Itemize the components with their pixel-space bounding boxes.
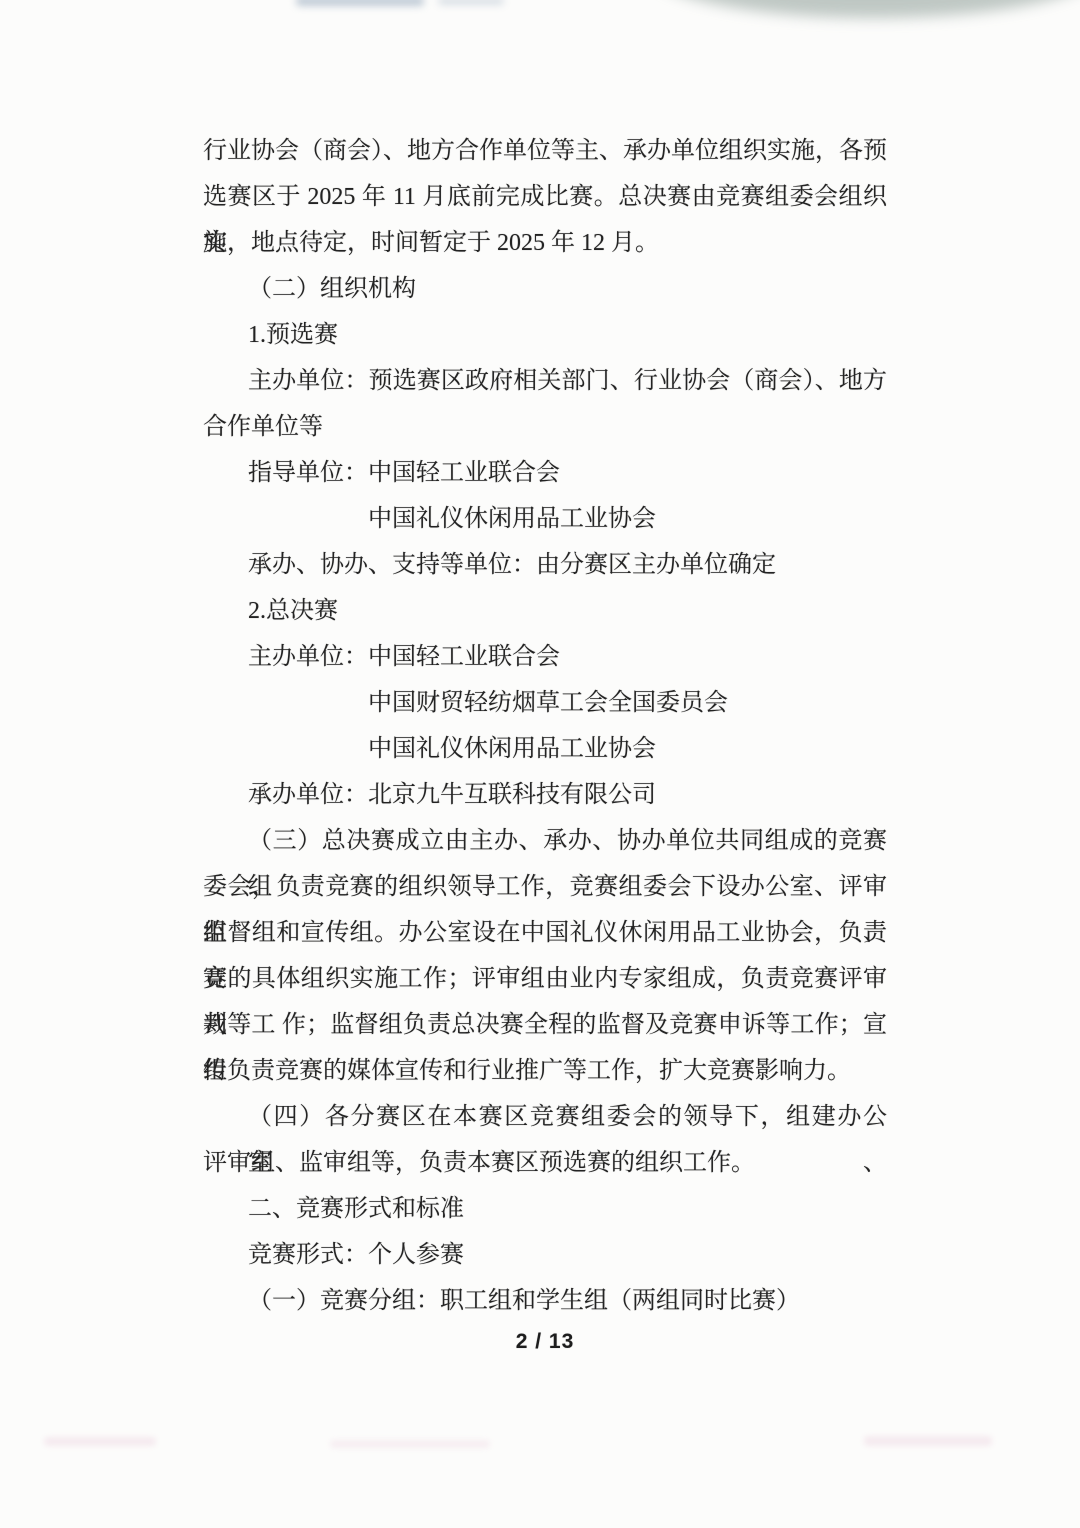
doc-line: 合作单位等 <box>203 404 887 450</box>
doc-line: 中国财贸轻纺烟草工会全国委员会 <box>203 680 887 726</box>
doc-line: 指导单位：中国轻工业联合会 <box>203 450 887 496</box>
doc-line: 主办单位：预选赛区政府相关部门、行业协会（商会）、地方 <box>203 358 887 404</box>
doc-line: 监督组和宣传组。办公室设在中国礼仪休闲用品工业协会，负责竞 <box>203 910 887 956</box>
doc-line: 承办单位：北京九牛互联科技有限公司 <box>203 772 887 818</box>
doc-line: 主办单位：中国轻工业联合会 <box>203 634 887 680</box>
doc-line: （一）竞赛分组：职工组和学生组（两组同时比赛） <box>203 1278 887 1324</box>
page-number: 2 / 13 <box>10 1330 1080 1354</box>
doc-heading-preliminary: 1.预选赛 <box>203 312 887 358</box>
doc-line: 承办、协办、支持等单位：由分赛区主办单位确定 <box>203 542 887 588</box>
doc-line: 施，地点待定，时间暂定于 2025 年 12 月。 <box>203 220 887 266</box>
doc-line: 判等工 作；监督组负责总决赛全程的监督及竞赛申诉等工作；宣传 <box>203 1002 887 1048</box>
doc-heading-format-standards: 二、竞赛形式和标准 <box>203 1186 887 1232</box>
scanned-document-page: 行业协会（商会）、地方合作单位等主、承办单位组织实施，各预 选赛区于 2025 … <box>0 0 1080 1528</box>
doc-line: 中国礼仪休闲用品工业协会 <box>203 726 887 772</box>
doc-line: 委会，负责竞赛的组织领导工作，竞赛组委会下设办公室、评审组、 <box>203 864 887 910</box>
scan-shadow-top-right <box>648 0 1080 18</box>
document-body: 行业协会（商会）、地方合作单位等主、承办单位组织实施，各预 选赛区于 2025 … <box>203 128 887 1324</box>
scan-smudge-bottom-center <box>330 1440 490 1448</box>
scan-smudge-bottom-left <box>44 1437 156 1446</box>
doc-line: （三）总决赛成立由主办、承办、协办单位共同组成的竞赛组 <box>203 818 887 864</box>
doc-line: 行业协会（商会）、地方合作单位等主、承办单位组织实施，各预 <box>203 128 887 174</box>
doc-heading-finals: 2.总决赛 <box>203 588 887 634</box>
doc-line: 选赛区于 2025 年 11 月底前完成比赛。总决赛由竞赛组委会组织实 <box>203 174 887 220</box>
scan-smudge-bottom-right <box>864 1436 992 1446</box>
doc-line: （四）各分赛区在本赛区竞赛组委会的领导下，组建办公室、 <box>203 1094 887 1140</box>
doc-line: 中国礼仪休闲用品工业协会 <box>203 496 887 542</box>
doc-line: 组负责竞赛的媒体宣传和行业推广等工作，扩大竞赛影响力。 <box>203 1048 887 1094</box>
doc-line: 赛的具体组织实施工作；评审组由业内专家组成，负责竞赛评审裁 <box>203 956 887 1002</box>
doc-line: 竞赛形式：个人参赛 <box>203 1232 887 1278</box>
scan-smudge-top-center-2 <box>438 0 504 5</box>
scan-smudge-top-center <box>296 0 424 6</box>
doc-heading-organization: （二）组织机构 <box>203 266 887 312</box>
